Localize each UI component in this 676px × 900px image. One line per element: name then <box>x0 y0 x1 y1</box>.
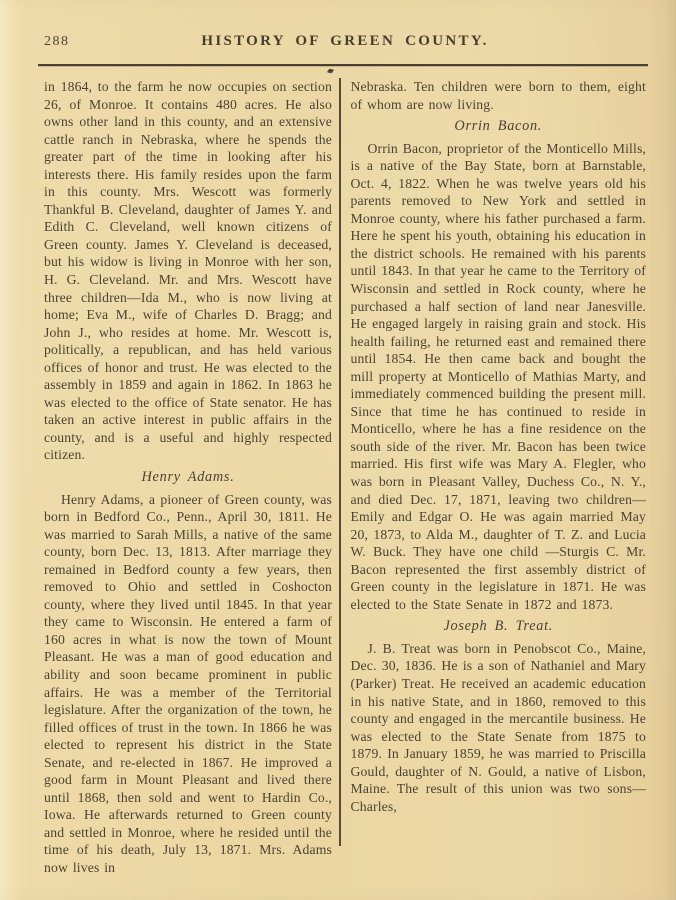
left-column: in 1864, to the farm he now occupies on … <box>44 78 332 884</box>
paragraph-orrin-bacon: Orrin Bacon, proprietor of the Monticell… <box>351 140 647 614</box>
page-number: 288 <box>44 34 70 50</box>
paragraph-wescott-continuation: in 1864, to the farm he now occupies on … <box>44 78 332 464</box>
header-rule <box>38 64 648 66</box>
section-heading-orrin-bacon: Orrin Bacon. <box>351 118 647 136</box>
paragraph-nebraska-continuation: Nebraska. Ten children were born to them… <box>351 78 647 113</box>
center-ornament-icon <box>327 69 334 74</box>
text-columns: in 1864, to the farm he now occupies on … <box>44 78 646 884</box>
section-heading-joseph-b-treat: Joseph B. Treat. <box>351 618 647 636</box>
column-divider-rule <box>339 78 341 846</box>
paragraph-henry-adams: Henry Adams, a pioneer of Green county, … <box>44 491 332 877</box>
paragraph-joseph-b-treat: J. B. Treat was born in Penobscot Co., M… <box>351 640 647 815</box>
running-title: HISTORY OF GREEN COUNTY. <box>44 33 646 50</box>
section-heading-henry-adams: Henry Adams. <box>44 469 332 487</box>
book-page: 288 HISTORY OF GREEN COUNTY. in 1864, to… <box>0 0 676 900</box>
page-header: 288 HISTORY OF GREEN COUNTY. <box>44 33 646 53</box>
right-column: Nebraska. Ten children were born to them… <box>351 78 647 884</box>
